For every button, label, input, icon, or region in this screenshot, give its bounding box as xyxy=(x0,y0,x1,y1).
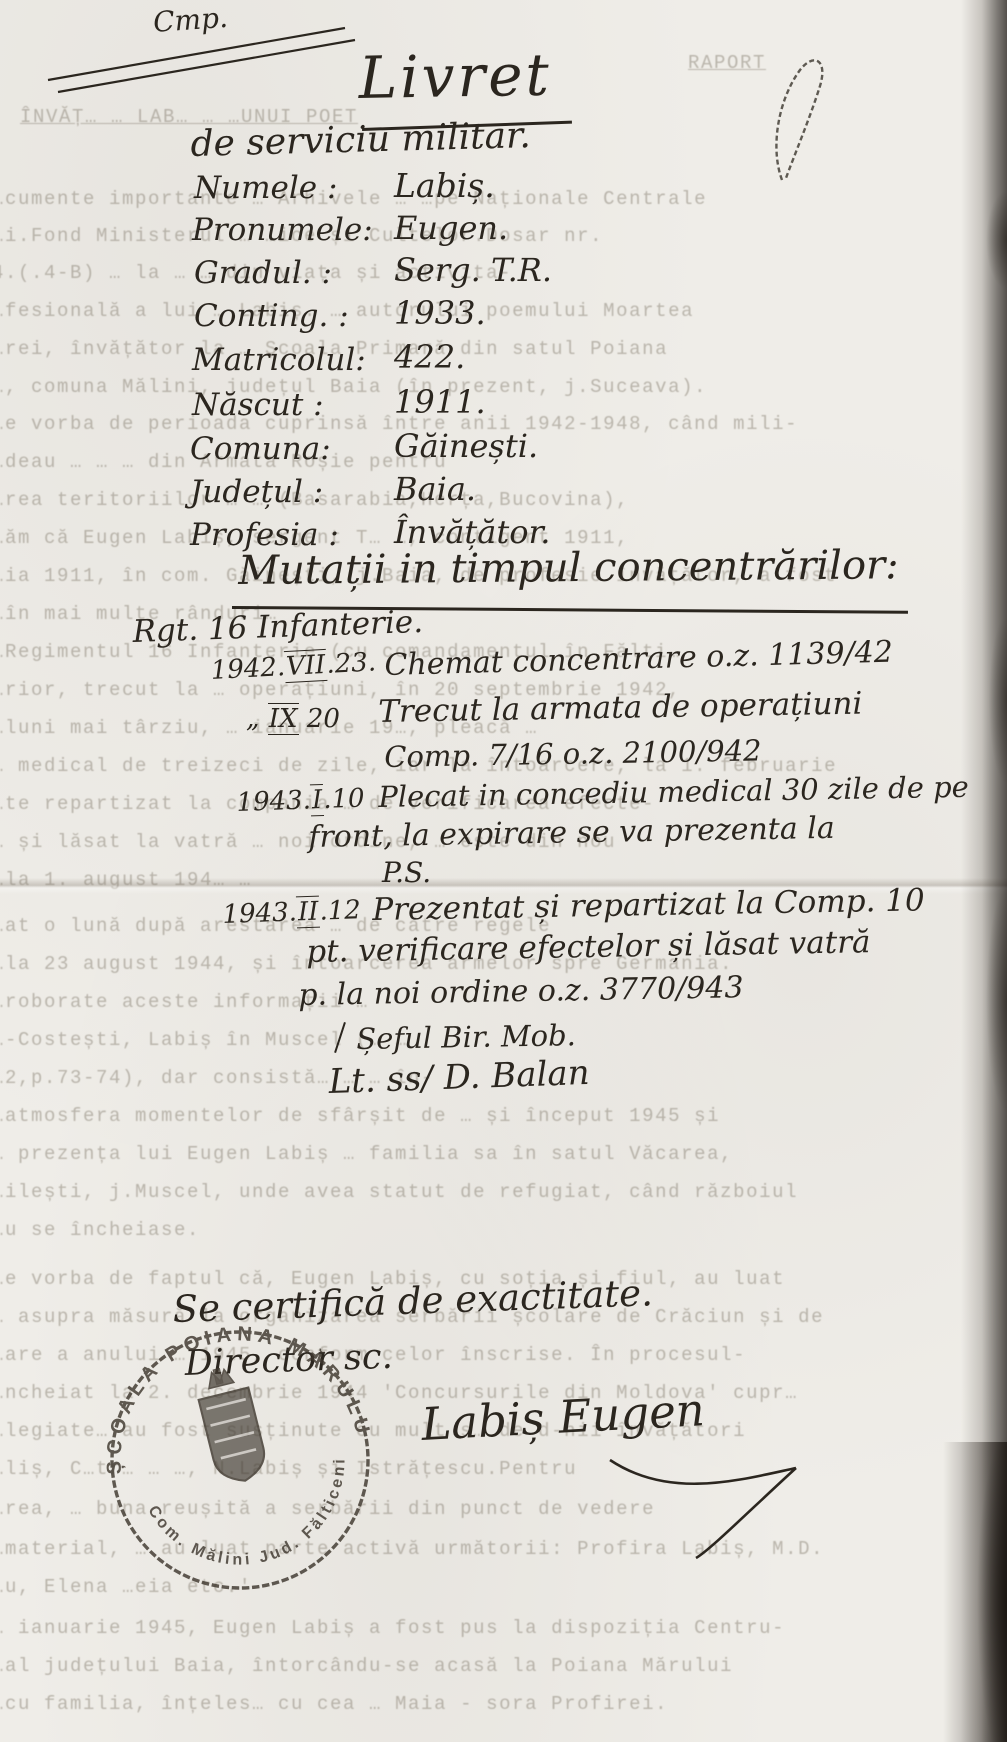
typed-line: …cu familia, înțeles… cu cea … Maia - so… xyxy=(0,1693,668,1715)
entry-line: Trecut la armata de operațiuni xyxy=(378,686,863,730)
typed-line: …-Costești, Labiș în Muscel (… … xyxy=(0,1029,408,1051)
typed-line: …atmosfera momentelor de sfârșit de … și… xyxy=(0,1105,720,1127)
entry-line: P.S. xyxy=(382,856,431,889)
section-heading: Mutații in timpul concentrărilor: xyxy=(238,542,899,594)
page-title: Livret xyxy=(358,41,552,112)
field-value: Labiș. xyxy=(394,166,495,205)
scan-edge-shadow-bottom xyxy=(943,1442,1007,1742)
signature-flourish xyxy=(600,1440,820,1570)
double-slash-mark xyxy=(40,18,410,108)
entry-date-day: 20 xyxy=(299,704,340,734)
entry-line: front, la expirare se va prezenta la xyxy=(308,811,835,855)
field-label: Comuna: xyxy=(190,431,331,467)
field-label: Conting. : xyxy=(194,298,349,334)
svg-text:ȘCOALA POIANA MĂRULUI: ȘCOALA POIANA MĂRULUI xyxy=(37,1255,375,1508)
entry-line: Comp. 7/16 o.z. 2100/942 xyxy=(384,733,762,774)
entry-date: „ IX 20 xyxy=(246,704,340,734)
entry-date: 1943.I.10 xyxy=(236,784,365,818)
entry-date-month: I xyxy=(310,784,323,816)
entry-date: 1943.II.12 xyxy=(222,895,361,930)
entry-date-year: 1943. xyxy=(222,897,297,930)
entry-date-day: .23. xyxy=(326,647,377,680)
field-label: Născut : xyxy=(192,387,324,423)
field-value: 422. xyxy=(394,338,465,376)
entry-date-year: „ xyxy=(246,704,259,734)
field-value: Găinești. xyxy=(394,427,538,465)
field-label: Pronumele: xyxy=(192,212,373,248)
field-label: Numele : xyxy=(194,170,337,206)
entry-date-month: IX xyxy=(268,703,299,735)
field-value: 1911. xyxy=(394,383,486,421)
scanned-document-page: RAPORTÎNVĂȚ… … LAB… … …UNUI POET…cumente… xyxy=(0,0,1007,1742)
entry-date-month: II xyxy=(296,896,320,929)
typed-line: …ilești, j.Muscel, unde avea statut de r… xyxy=(0,1181,798,1203)
page-subtitle: de serviciu militar. xyxy=(190,115,531,165)
stamp-top-arc-text: ȘCOALA POIANA MĂRULUI xyxy=(37,1255,375,1508)
field-label: Gradul. : xyxy=(194,255,332,291)
typed-line: …u se încheiase. xyxy=(0,1219,200,1241)
pen-flourish-mark xyxy=(752,52,872,202)
entry-date-month: VII xyxy=(284,649,327,683)
entry-date-year: 1942. xyxy=(210,652,286,686)
official-role: Șeful Bir. Mob. xyxy=(356,1018,576,1056)
field-value: Baia. xyxy=(394,470,476,508)
entry-date-year: 1943. xyxy=(236,785,311,818)
typed-line: … prezența lui Eugen Labiș … familia sa … xyxy=(0,1143,733,1165)
stamp-coat-of-arms xyxy=(192,1363,270,1487)
typed-line: …, comuna Mălini, județul Baia (în preze… xyxy=(0,376,707,398)
field-value: 1933. xyxy=(394,294,486,332)
field-value: Serg. T.R. xyxy=(394,251,552,289)
typed-line: …cumente importante … Arhivele … …pe Naț… xyxy=(0,188,707,210)
field-value: Eugen. xyxy=(394,209,508,247)
official-signature: Lt. ss/ D. Balan xyxy=(328,1053,590,1102)
field-label: Județul : xyxy=(190,474,323,510)
entry-date-day: .12 xyxy=(319,895,361,926)
field-label: Matricolul: xyxy=(192,342,366,378)
typed-line: …al județului Baia, întorcându-se acasă … xyxy=(0,1655,733,1677)
entry-line: p. la noi ordine o.z. 3770/943 xyxy=(298,970,744,1013)
entry-date-day: .10 xyxy=(323,784,365,815)
